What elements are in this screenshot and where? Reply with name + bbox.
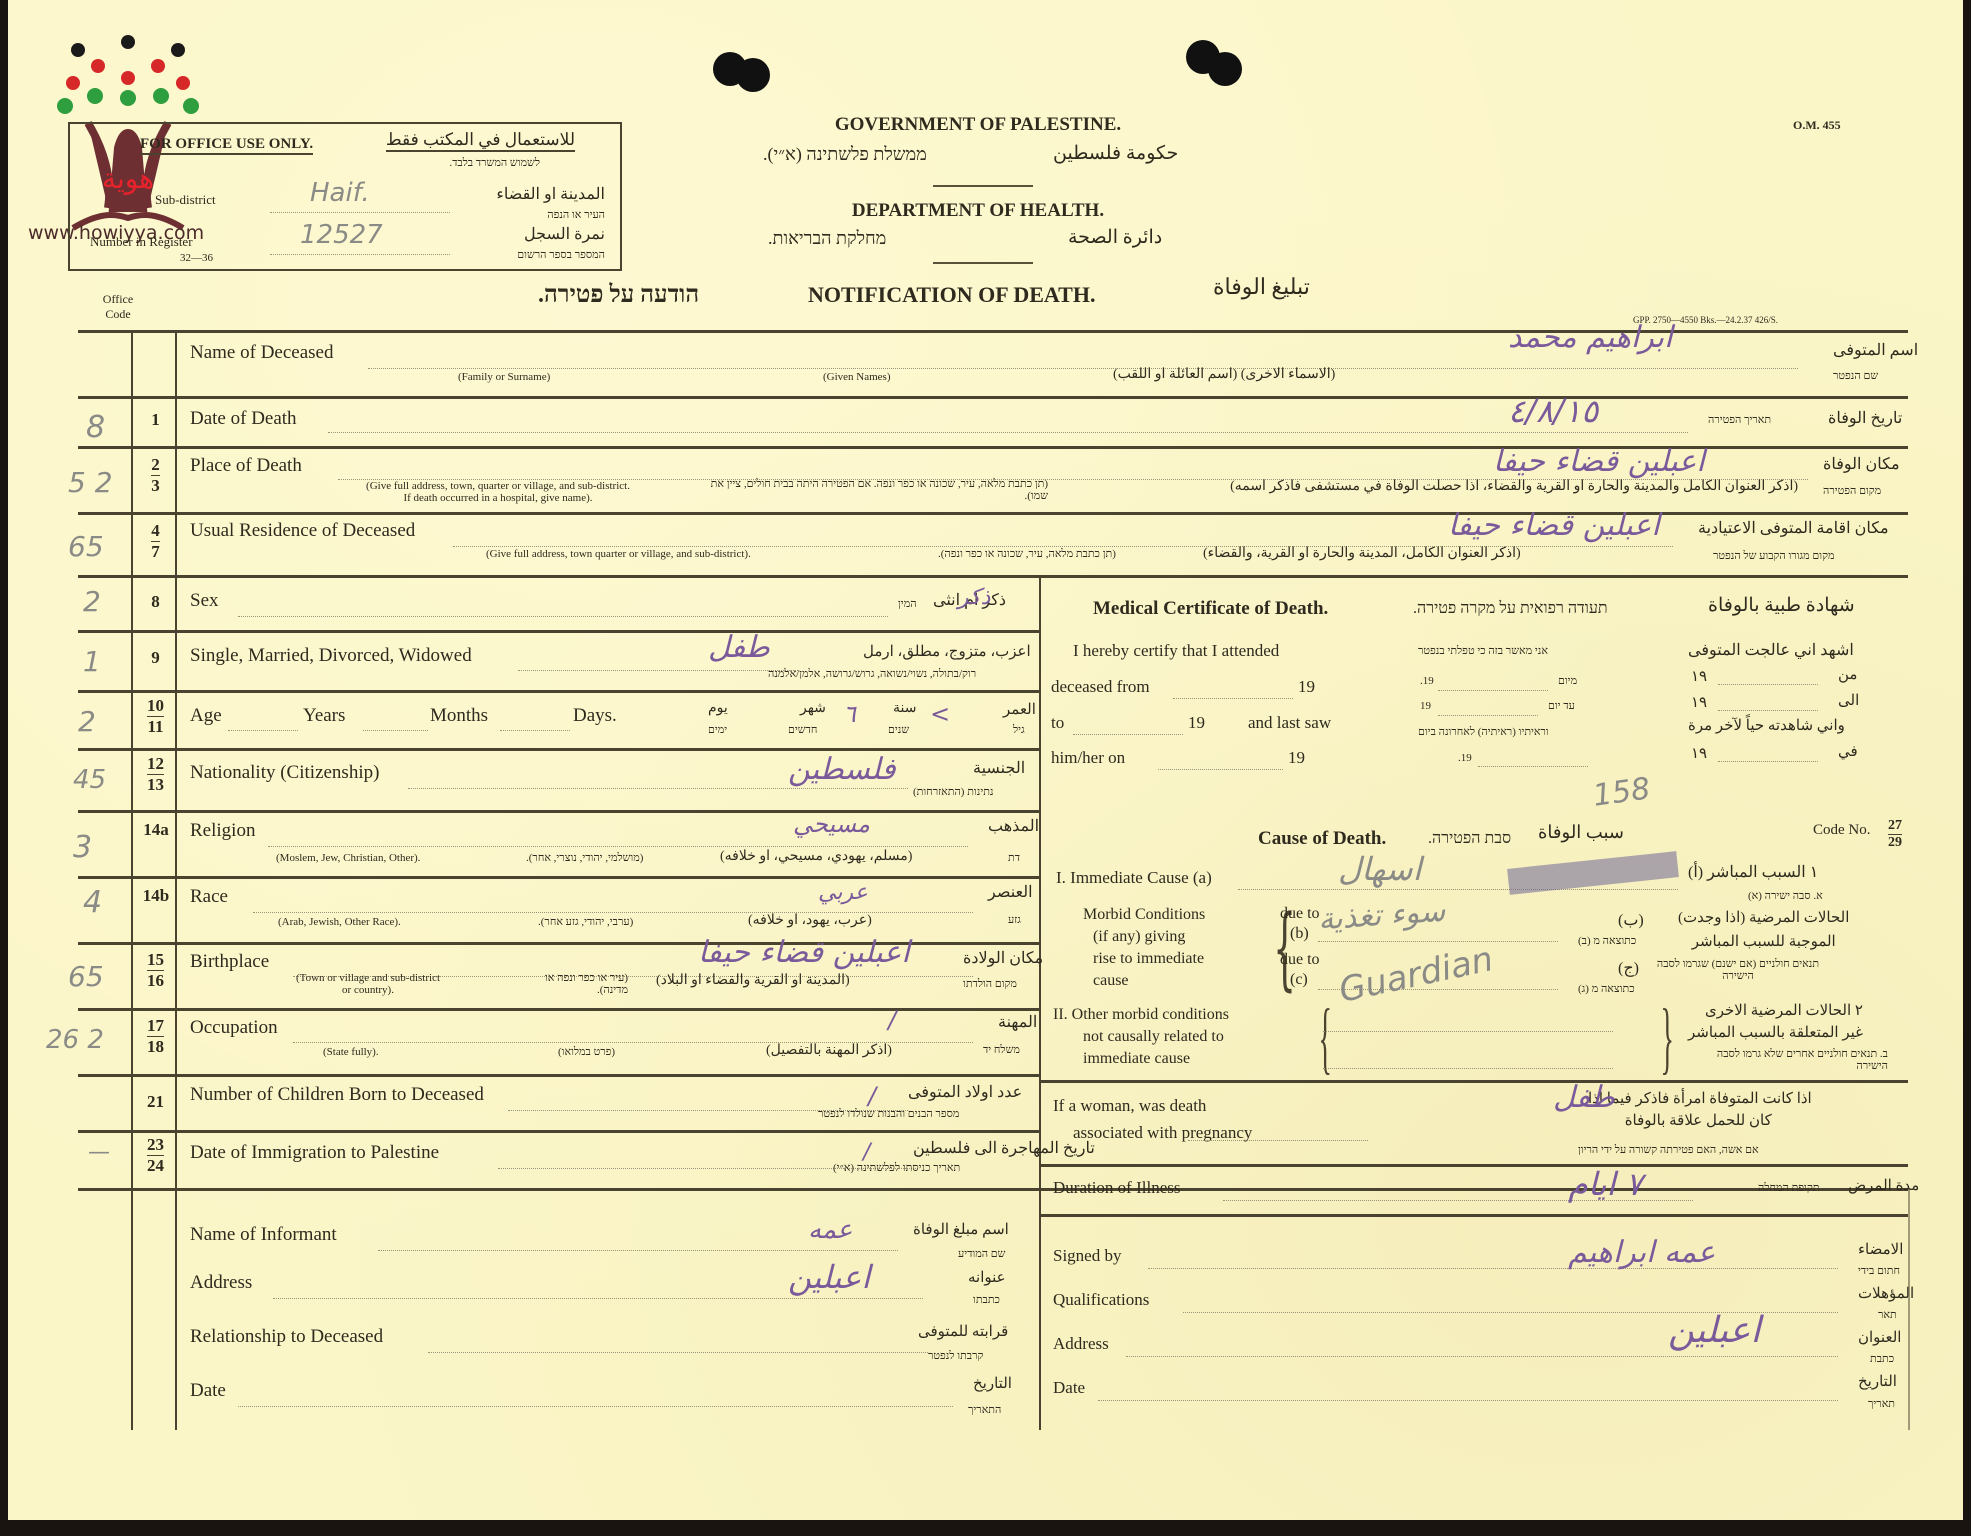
nationality-value: فلسطين [788, 752, 896, 787]
row-number: 1213 [138, 754, 173, 794]
pregnancy-he: אם אשה, האם פטירתה קשורה על ידי הריון [1578, 1144, 1759, 1156]
birthplace-hint: (Town or village and sub-district or cou… [258, 972, 478, 996]
informant-date-field[interactable] [238, 1398, 953, 1407]
cert-ar-year-3: ١٩ [1691, 744, 1707, 763]
birthplace-hint-line2: or country). [258, 984, 478, 996]
row-number: 23 [138, 455, 173, 495]
due-to-b: due to (b) [1280, 904, 1320, 944]
race-value: عربي [818, 880, 868, 905]
usual-residence-ar: مكان اقامة المتوفى الاعتيادية [1698, 518, 1889, 538]
code-label: Code No. [1813, 822, 1871, 839]
punch-hole [736, 58, 770, 92]
form-title-he: הודעה על פטירה. [538, 282, 699, 309]
religion-hint-ar: (مسلم، يهودي، مسيحي، او خلافه) [720, 848, 912, 865]
immediate-cause-he: א. סבה ישירה (א) [1748, 890, 1823, 902]
government-title: GOVERNMENT OF PALESTINE. [768, 114, 1188, 136]
place-hint-line2: If death occurred in a hospital, give na… [288, 492, 708, 504]
register-label: Number in Register [90, 234, 193, 250]
occupation-hint-he: (פרט במלואו) [558, 1046, 615, 1058]
subdistrict-he: העיר או הנפה [547, 209, 605, 221]
due-to-c-letter: (c) [1280, 970, 1320, 990]
medical-cert-title: Medical Certificate of Death. [1093, 598, 1328, 620]
marital-status-ar: اعزب، متزوج، مطلق، ارمل [863, 642, 1031, 661]
place-hint-ar: (اذكر العنوان الكامل والمدينة والحارة او… [1058, 478, 1798, 495]
office-code-1: 8 [86, 410, 105, 445]
marital-status-value: طفل [708, 630, 770, 665]
place-of-death-ar: مكان الوفاة [1823, 454, 1900, 474]
other-line2: not causally related to [1053, 1026, 1229, 1048]
children-label: Number of Children Born to Deceased [190, 1084, 484, 1106]
office-use-title: FOR OFFICE USE ONLY. [140, 136, 313, 155]
age-ar-months: شهر [800, 700, 826, 717]
relationship-he: קרבתו לנפטר [928, 1350, 983, 1362]
office-code-7: 45 [73, 765, 106, 795]
name-of-deceased-label: Name of Deceased [190, 342, 333, 364]
doctor-date-ar: التاريخ [1858, 1372, 1897, 1391]
race-label: Race [190, 886, 228, 908]
he-lastsaw-field[interactable] [1478, 762, 1588, 767]
birthplace-hint-he: (עיר או כפר ונפה או מדינה). [528, 972, 628, 996]
immediate-cause-label: I. Immediate Cause (a) [1056, 868, 1212, 888]
cert-year-1: 19 [1298, 677, 1315, 697]
name-hint-ar: (الاسماء الاخرى) (اسم العائلة او اللقب) [1113, 366, 1335, 383]
date-of-death-field[interactable] [328, 424, 1688, 433]
birthplace-hint-ar: (المدينة او القرية والقضاء او البلاد) [656, 972, 850, 989]
doctor-date-field[interactable] [1098, 1394, 1838, 1401]
subdistrict-label: Sub-district [155, 192, 216, 208]
row-number: 21 [138, 1092, 173, 1112]
informant-name-value: عمه [808, 1215, 852, 1245]
children-value: / [868, 1082, 876, 1110]
other-conditions-value: Guardian [1336, 939, 1497, 1011]
department-title: DEPARTMENT OF HEALTH. [768, 200, 1188, 222]
code-top: 27 [1888, 818, 1902, 835]
row-sep [78, 876, 1040, 879]
sex-value: ذكر [958, 585, 990, 610]
sex-he: המין [898, 598, 917, 610]
office-use-box: FOR OFFICE USE ONLY. للاستعمال في المكتب… [68, 122, 622, 271]
cert-he-to: עד יום [1548, 700, 1575, 712]
cert-text-en-1: I hereby certify that I attended [1073, 641, 1279, 661]
row-number: 8 [138, 592, 173, 612]
occupation-label: Occupation [190, 1017, 278, 1039]
row-sep [78, 575, 1908, 578]
marital-status-label: Single, Married, Divorced, Widowed [190, 645, 472, 667]
immigration-he: תאריך כניסתו לפלשתינה (א״י) [833, 1162, 960, 1174]
other-he: ב. תנאים חולניים אחרים שלא גרמו לסבה היש… [1708, 1048, 1888, 1072]
due-to-b-field[interactable] [1318, 935, 1558, 942]
row-number: 9 [138, 648, 173, 668]
form-title-ar: تبليغ الوفاة [1213, 274, 1310, 300]
ar-c-letter: (ج) [1618, 958, 1639, 978]
occupation-hint: (State fully). [323, 1046, 379, 1058]
punch-hole [1208, 52, 1242, 86]
office-code-5: 1 [83, 645, 101, 678]
row-sep [1039, 1080, 1908, 1083]
other-line1: II. Other morbid conditions [1053, 1004, 1229, 1026]
office-use-title-he: לשמוש המשרד בלבד. [449, 157, 540, 169]
sex-label: Sex [190, 590, 219, 612]
signed-by-label: Signed by [1053, 1246, 1121, 1266]
place-hint-line1: (Give full address, town, quarter or vil… [288, 480, 708, 492]
ar-lastsaw-field[interactable] [1718, 757, 1818, 762]
age-ar: العمر [1003, 700, 1036, 719]
office-code-label: Office Code [93, 292, 143, 322]
place-of-death-he: מקום הפטירה [1823, 485, 1881, 497]
race-he: גזע [1008, 914, 1021, 926]
name-of-deceased-value: ابراهيم محمد [1508, 320, 1672, 355]
row-sep [78, 630, 1040, 633]
subdistrict-ar: المدينة او القضاء [496, 184, 605, 204]
place-of-death-hint: (Give full address, town, quarter or vil… [288, 480, 708, 504]
religion-field[interactable] [268, 838, 968, 847]
col-divider-code [131, 330, 133, 1430]
row-sep [78, 1074, 1040, 1077]
due-to-c: due to (c) [1280, 950, 1320, 990]
cert-ar-year-2: ١٩ [1691, 693, 1707, 712]
medical-cert-title-ar: شهادة طبية بالوفاة [1708, 594, 1855, 617]
cert-he-from: מיום [1558, 675, 1577, 687]
age-days-field[interactable] [500, 722, 570, 731]
row-number: 1718 [138, 1016, 173, 1056]
age-years-mark: < [930, 700, 950, 728]
religion-ar: المذهب [988, 816, 1039, 836]
occupation-ar: المهنة [998, 1012, 1037, 1032]
age-he-years: שנים [888, 724, 909, 736]
religion-hint-he: (מושלמי, יהודי, נוצרי, אחר). [526, 852, 643, 864]
name-of-deceased-field[interactable] [368, 358, 1798, 369]
other-ar: ٢ الحالات المرضية الاخرى غير المتعلقة با… [1688, 1000, 1863, 1044]
subdistrict-value: Haif. [310, 178, 370, 208]
ar-from-field[interactable] [1718, 680, 1818, 685]
place-hint-he: (תן כתבת מלאה, עיר, שכונה או כפר ונפה. א… [708, 478, 1048, 502]
informant-address-ar: عنوانه [968, 1268, 1006, 1287]
ar-b-letter: (ب) [1618, 910, 1644, 930]
residence-hint-he: (תן כתבת מלאה, עיר, שכונה או כפר ונפה). [938, 548, 1116, 560]
row-sep [78, 748, 1040, 751]
duration-value: ٧ ايام [1568, 1165, 1643, 1203]
office-code-9: 4 [83, 885, 102, 920]
signed-by-value: عمه ابراهيم [1568, 1235, 1715, 1270]
usual-residence-value: اعبلين قضاء حيفا [1448, 508, 1660, 543]
header-divider [933, 185, 1033, 187]
informant-date-ar: التاريخ [973, 1374, 1012, 1393]
date-of-death-ar: تاريخ الوفاة [1828, 408, 1902, 428]
date-of-death-value: ٤/٨/١٥ [1508, 392, 1598, 430]
cert-ar-from: من [1838, 665, 1857, 684]
pregnancy-ar-line2: كان للحمل علاقة بالوفاة [1588, 1110, 1812, 1132]
he-from-field[interactable] [1438, 686, 1548, 691]
doctor-address-he: כתבת [1870, 1353, 1894, 1365]
cause-title: Cause of Death. [1258, 828, 1386, 850]
religion-he: דת [1008, 852, 1020, 864]
age-ar-years: سنة [893, 700, 916, 717]
due-to-b-he: כתוצאה מ (ב) [1578, 935, 1636, 947]
signed-by-ar: الامضاء [1858, 1240, 1903, 1259]
code-value: 2729 [1888, 818, 1902, 851]
cert-ar-in: في [1838, 742, 1858, 761]
informant-address-he: כתבתו [973, 1294, 1000, 1306]
doctor-address-label: Address [1053, 1334, 1109, 1354]
birthplace-label: Birthplace [190, 951, 269, 973]
register-ar: نمرة السجل [524, 224, 605, 244]
other-conditions-field-1[interactable] [1323, 1025, 1613, 1032]
marital-status-he: רוק/בתולה, נשוי/נשואה, גרוש/גרושה, אלמן/… [768, 668, 976, 680]
pregnancy-ar: اذا كانت المتوفاة امرأة فاذكر فيما اذا ك… [1588, 1088, 1812, 1132]
header-divider [933, 262, 1033, 264]
relationship-field[interactable] [428, 1344, 928, 1353]
qualifications-label: Qualifications [1053, 1290, 1149, 1310]
row-number: 2324 [138, 1135, 173, 1175]
place-of-death-label: Place of Death [190, 455, 302, 477]
morbid-line2: (if any) giving [1083, 926, 1205, 948]
birthplace-he: מקום הולדתו [963, 978, 1017, 990]
birthplace-ar: مكان الولادة [963, 948, 1043, 968]
cert-text-en-from: deceased from [1051, 677, 1150, 697]
morbid-line3: rise to immediate [1083, 948, 1205, 970]
usual-residence-label: Usual Residence of Deceased [190, 520, 415, 542]
row-sep [78, 1130, 1040, 1133]
cert-text-he-1: אני מאשר בזה כי טפלתי בנפטר [1418, 645, 1548, 657]
cert-text-ar-lastsaw: واني شاهدته حياً لآخر مرة [1688, 716, 1845, 735]
birthplace-hint-line1: (Town or village and sub-district [258, 972, 478, 984]
cert-he-year-3: .19 [1458, 752, 1472, 764]
attended-from-field[interactable] [1173, 692, 1293, 699]
doctor-address-value: اعبلين [1668, 1310, 1761, 1351]
register-range: 32—36 [180, 252, 213, 264]
age-years-label: Years [303, 705, 345, 727]
subdistrict-field[interactable]: Haif. [270, 194, 450, 213]
morbid-conditions-label: Morbid Conditions (if any) giving rise t… [1083, 904, 1205, 992]
informant-name-he: שם המודיע [958, 1248, 1005, 1260]
medical-cert-title-he: תעודה רפואית על מקרה פטירה. [1413, 600, 1608, 618]
col-divider-medical [1039, 575, 1041, 1430]
morbid-line1: Morbid Conditions [1083, 904, 1205, 926]
religion-label: Religion [190, 820, 255, 842]
nationality-he: נתינות (התאזרחות) [913, 786, 994, 798]
age-years-field[interactable] [228, 722, 298, 731]
margin-note: 158 [1591, 771, 1653, 814]
age-he-days: ימים [708, 724, 727, 736]
age-ar-days: يوم [708, 700, 728, 717]
row-number: 47 [138, 521, 173, 561]
informant-address-value: اعبلين [788, 1258, 870, 1296]
register-field[interactable]: 12527 [270, 236, 450, 255]
given-names-hint: (Given Names) [823, 371, 891, 383]
pregnancy-line1: If a woman, was death [1053, 1092, 1252, 1119]
occupation-hint-ar: (اذكر المهنة بالتفصيل) [766, 1042, 892, 1059]
surname-hint: (Family or Surname) [458, 371, 550, 383]
doctor-date-he: תאריך [1868, 1398, 1895, 1410]
immediate-cause-ar: ١ السبب المباشر (أ) [1688, 862, 1818, 882]
government-he: ממשלת פלשתינה (א״י). [763, 144, 927, 165]
informant-date-he: התאריך [968, 1404, 1001, 1416]
cert-ar-to: الى [1838, 691, 1859, 710]
row-sep [1039, 1214, 1908, 1217]
date-of-death-label: Date of Death [190, 408, 297, 430]
race-ar: العنصر [988, 882, 1033, 902]
race-hint-ar: (عرب، يهود، او خلافه) [748, 912, 872, 929]
age-he: גיל [1013, 724, 1025, 736]
pregnancy-value: طفل [1553, 1080, 1615, 1115]
office-code-3: 65 [68, 530, 104, 563]
government-ar: حكومة فلسطين [1053, 142, 1178, 165]
department-he: מחלקת הבריאות. [768, 228, 886, 249]
he-to-field[interactable] [1438, 711, 1538, 716]
religion-value: مسيحي [793, 810, 870, 838]
cause-title-ar: سبب الوفاة [1538, 822, 1624, 843]
office-code-2: 5 2 [68, 466, 113, 499]
office-code-4: 2 [83, 585, 101, 618]
row-number: 1011 [138, 696, 173, 736]
pregnancy-ar-line1: اذا كانت المتوفاة امرأة فاذكر فيما اذا [1588, 1088, 1812, 1110]
pregnancy-field[interactable] [1188, 1134, 1368, 1141]
cert-year-3: 19 [1288, 748, 1305, 768]
age-months-field[interactable] [363, 722, 428, 731]
cert-text-en-to: to [1051, 713, 1064, 733]
row-number: 1 [138, 410, 173, 430]
col-divider-num [175, 330, 177, 1430]
immigration-value: / [863, 1140, 870, 1165]
form-title: NOTIFICATION OF DEATH. [808, 282, 1095, 308]
place-of-death-value: اعبلين قضاء حيفا [1493, 444, 1705, 479]
doctor-address-field[interactable] [1126, 1350, 1838, 1357]
right-border [1908, 1188, 1910, 1430]
morbid-conditions-value: سوء تغذية [1317, 894, 1446, 938]
other-conditions-label: II. Other morbid conditions not causally… [1053, 1004, 1229, 1070]
duration-he: תקופת המחלה [1758, 1182, 1819, 1194]
register-value: 12527 [300, 220, 383, 250]
due-to-b-letter: (b) [1280, 924, 1320, 944]
row-sep [1039, 1164, 1908, 1167]
office-use-title-ar: للاستعمال في المكتب فقط [386, 130, 575, 152]
other-ar-line1: ٢ الحالات المرضية الاخرى [1688, 1000, 1863, 1022]
name-label-he: שם הנפטר [1833, 370, 1878, 382]
office-code-10: 65 [68, 960, 104, 993]
informant-name-ar: اسم مبلغ الوفاة [913, 1220, 1009, 1239]
birthplace-value: اعبلين قضاء حيفا [698, 935, 910, 970]
cert-he-year-1: .19 [1420, 675, 1434, 687]
due-to-b-label: due to [1280, 904, 1320, 924]
duration-label: Duration of Illness [1053, 1178, 1180, 1198]
cert-he-lastsaw: וראיתיו (ראיתיה) לאחרונה ביום [1418, 726, 1549, 738]
informant-date-label: Date [190, 1380, 226, 1402]
office-code-11: 26 2 [46, 1025, 104, 1055]
morbid-ar: الحالات المرضية (اذا وجدت) الموجبة للسبب… [1678, 906, 1849, 954]
nationality-ar: الجنسية [973, 758, 1025, 778]
brace-other-right: } [1660, 998, 1673, 1078]
informant-address-label: Address [190, 1272, 252, 1294]
relationship-ar: قرابته للمتوفى [918, 1322, 1008, 1341]
age-days-label: Days. [573, 705, 617, 727]
morbid-he: תנאים חולניים (אם ישנם) שגרמו לסבה הישיר… [1643, 958, 1833, 982]
name-label-ar: اسم المتوفى [1833, 340, 1918, 360]
row-number: 14b [136, 886, 176, 906]
usual-residence-he: מקום מגורו הקבוע של הנפטר [1713, 550, 1834, 562]
informant-name-label: Name of Informant [190, 1224, 337, 1246]
register-he: המספר בספר הרשום [517, 249, 605, 261]
relationship-label: Relationship to Deceased [190, 1326, 383, 1348]
form-number: O.M. 455 [1793, 118, 1841, 133]
row-number: 14a [136, 820, 176, 840]
race-hint-he: (ערבי, יהודי, גזע אחר). [538, 916, 633, 928]
children-ar: عدد اولاد المتوفى [908, 1082, 1022, 1102]
cause-title-he: סבת הפטירה. [1428, 830, 1511, 848]
death-notification-form: هوية www.howiyya.com FOR OFFICE USE ONLY… [8, 0, 1963, 1520]
cert-text-ar-1: اشهد اني عالجت المتوفى [1688, 640, 1854, 660]
occupation-value: / [888, 1006, 896, 1034]
signed-by-field[interactable] [1148, 1262, 1838, 1269]
row-sep [78, 396, 1908, 399]
row-sep [78, 810, 1040, 813]
signed-by-he: חתום בידי [1858, 1265, 1900, 1277]
ar-to-field[interactable] [1718, 706, 1818, 711]
attended-to-field[interactable] [1073, 728, 1183, 735]
last-saw-field[interactable] [1158, 763, 1283, 770]
nationality-label: Nationality (Citizenship) [190, 762, 379, 784]
due-to-c-he: כתוצאה מ (ג) [1578, 983, 1635, 995]
religion-hint: (Moslem, Jew, Christian, Other). [276, 852, 420, 864]
age-months-value: ٦ [843, 700, 856, 728]
residence-hint: (Give full address, town quarter or vill… [486, 548, 751, 560]
cert-text-en-lastsaw: and last saw [1248, 713, 1331, 733]
immediate-cause-value: اسهال [1338, 850, 1421, 888]
office-code-8: 3 [73, 830, 92, 865]
children-he: מספר הבנים והבנות שנולדו לנפטר [818, 1108, 959, 1120]
row-sep [78, 690, 1040, 693]
race-hint: (Arab, Jewish, Other Race). [278, 916, 401, 928]
morbid-ar-line2: الموجبة للسبب المباشر [1678, 930, 1849, 954]
row-number: 1516 [138, 950, 173, 990]
office-code-6: 2 [78, 705, 96, 738]
cert-text-en-him: him/her on [1051, 748, 1125, 768]
occupation-he: משלח יד [983, 1044, 1020, 1056]
immigration-label: Date of Immigration to Palestine [190, 1142, 439, 1164]
qualifications-ar: المؤهلات [1858, 1284, 1914, 1303]
qualifications-he: תאר [1878, 1309, 1897, 1321]
cert-ar-year-1: ١٩ [1691, 667, 1707, 686]
other-conditions-field-2[interactable] [1323, 1062, 1613, 1069]
other-line3: immediate cause [1053, 1048, 1229, 1070]
cert-year-2: 19 [1188, 713, 1205, 733]
morbid-line4: cause [1083, 970, 1205, 992]
doctor-address-ar: العنوان [1858, 1328, 1901, 1347]
sex-field[interactable] [238, 608, 888, 617]
residence-hint-ar: (اذكر العنوان الكامل، المدينة والحارة او… [1203, 545, 1521, 562]
code-bottom: 29 [1888, 835, 1902, 851]
other-ar-line2: غير المتعلقة بالسبب المباشر [1688, 1022, 1863, 1044]
age-label: Age [190, 705, 222, 727]
morbid-ar-line1: الحالات المرضية (اذا وجدت) [1678, 906, 1849, 930]
age-months-label: Months [430, 705, 488, 727]
office-code-13: — [88, 1140, 110, 1165]
due-to-c-label: due to [1280, 950, 1320, 970]
doctor-date-label: Date [1053, 1378, 1085, 1398]
department-ar: دائرة الصحة [1068, 226, 1162, 249]
date-of-death-he: תאריך הפטירה [1708, 414, 1771, 426]
age-he-months: חדשים [788, 724, 817, 736]
cert-he-year-2: 19 [1420, 700, 1431, 712]
pregnancy-line2: associated with pregnancy [1053, 1119, 1252, 1146]
